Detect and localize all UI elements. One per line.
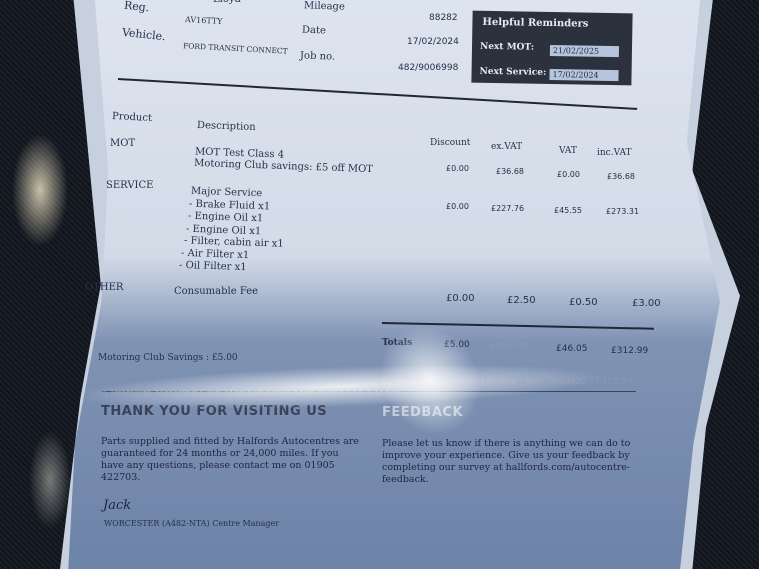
date-label: Date xyxy=(302,25,326,37)
col-vat: VAT xyxy=(559,146,577,156)
signature: Jack xyxy=(103,498,131,513)
feedback-heading: FEEDBACK xyxy=(382,405,463,420)
row-mot-vat: £0.00 xyxy=(557,170,580,179)
reg-value: AV16TTY xyxy=(185,15,223,26)
motoring-club-savings: Motoring Club Savings : £5.00 xyxy=(98,353,238,363)
totals-vat: £46.05 xyxy=(556,344,588,354)
row-service-ex-vat: £227.76 xyxy=(491,204,524,213)
col-discount: Discount xyxy=(430,138,470,148)
helpful-reminders-box: Helpful Reminders Next MOT: 21/02/2025 N… xyxy=(471,11,632,86)
col-product: Product xyxy=(112,111,153,124)
col-ex-vat: ex.VAT xyxy=(491,142,522,152)
totals-inc-vat: £312.99 xyxy=(611,346,648,356)
row-other-vat: £0.50 xyxy=(569,297,598,308)
totals-ex-vat: £266.94 xyxy=(490,341,527,351)
next-mot-value: 21/02/2025 xyxy=(550,45,619,57)
next-mot-label: Next MOT: xyxy=(480,42,534,53)
feedback-text: Please let us know if there is anything … xyxy=(382,438,634,486)
next-service-value: 17/02/2024 xyxy=(549,69,618,81)
row-other-ex-vat: £2.50 xyxy=(507,295,536,306)
row-mot-product: MOT xyxy=(110,138,135,149)
row-service-vat: £45.55 xyxy=(554,206,582,215)
row-other-desc: Consumable Fee xyxy=(174,286,258,297)
row-mot-inc-vat: £36.68 xyxy=(607,172,635,181)
row-mot-ex-vat: £36.68 xyxy=(496,167,524,176)
row-service-discount: £0.00 xyxy=(446,202,469,211)
thanks-heading: THANK YOU FOR VISITING US xyxy=(101,404,327,419)
customer-name: Lloyd xyxy=(213,0,241,5)
reg-label: Reg. xyxy=(123,0,150,14)
job-label: Job no. xyxy=(300,50,335,62)
mileage-label: Mileage xyxy=(304,0,345,12)
col-description: Description xyxy=(197,120,256,133)
row-service-inc-vat: £273.31 xyxy=(606,207,639,216)
row-other-inc-vat: £3.00 xyxy=(632,298,661,309)
manager-title: WORCESTER (A482-NTA) Centre Manager xyxy=(104,519,279,528)
row-service-desc-6: - Air Filter x1 xyxy=(181,248,250,261)
payment-received: Payment Received - National Online - Ref… xyxy=(352,377,633,387)
row-mot-discount: £0.00 xyxy=(446,164,469,173)
premium-note: A Premium Motoring Club Member could hav… xyxy=(101,389,401,399)
row-service-product: SERVICE xyxy=(106,180,153,191)
totals-discount: £5.00 xyxy=(444,340,470,350)
row-other-product: OTHER xyxy=(85,282,123,293)
next-service-label: Next Service: xyxy=(479,67,546,78)
date-value: 17/02/2024 xyxy=(407,37,459,47)
mileage-value: 88282 xyxy=(429,13,458,23)
job-value: 482/9006998 xyxy=(398,63,458,73)
totals-label: Totals xyxy=(382,338,412,348)
col-inc-vat: inc.VAT xyxy=(597,148,631,158)
reminders-title: Helpful Reminders xyxy=(482,17,588,30)
guarantee-text: Parts supplied and fitted by Halfords Au… xyxy=(101,436,363,484)
row-service-desc-7: - Oil Filter x1 xyxy=(179,260,247,273)
row-other-discount: £0.00 xyxy=(446,293,475,304)
